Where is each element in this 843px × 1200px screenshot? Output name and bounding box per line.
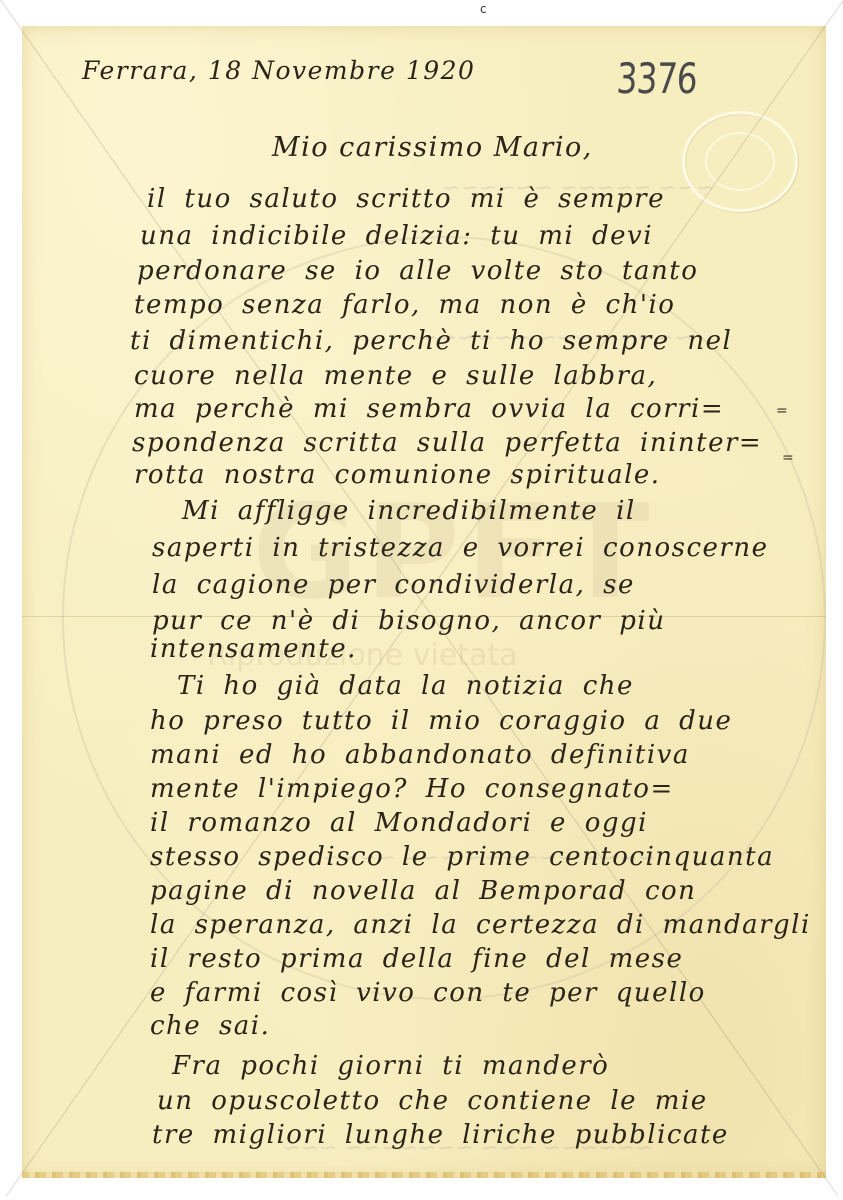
letter-line: Mi affligge incredibilmente il	[182, 496, 636, 526]
letter-line: la speranza, anzi la certezza di mandarg…	[150, 910, 811, 940]
letter-line: il tuo saluto scritto mi è sempre	[147, 184, 665, 214]
letter-line: tre migliori lunghe liriche pubblicate	[152, 1120, 729, 1150]
letter-line: Fra pochi giorni ti manderò	[172, 1051, 609, 1081]
letter-line: la cagione per condividerla, se	[152, 570, 635, 600]
letter-line: mani ed ho abbandonato definitiva	[150, 740, 690, 770]
letter-line: una indicibile delizia: tu mi devi	[140, 221, 653, 251]
letter-line: un opuscoletto che contiene le mie	[157, 1086, 708, 1116]
letter-line: rotta nostra comunione spirituale.	[134, 460, 661, 490]
archive-number: 3376	[615, 54, 698, 103]
letter-line: ti dimentichi, perchè ti ho sempre nel	[130, 326, 732, 356]
letter-line: il resto prima della fine del mese	[150, 944, 683, 974]
letter-line: mente l'impiego? Ho consegnato=	[150, 774, 674, 804]
letter-line: ma perchè mi sembra ovvia la corri=	[134, 394, 724, 424]
letter-line: il romanzo al Mondadori e oggi	[150, 808, 648, 838]
letter-line: che sai.	[150, 1011, 270, 1041]
letter-line: pagine di novella al Bemporad con	[150, 876, 696, 906]
salutation: Mio carissimo Mario,	[272, 132, 593, 163]
letter-line: e farmi così vivo con te per quello	[150, 978, 706, 1008]
letter-line: spondenza scritta sulla perfetta ininter…	[132, 428, 762, 458]
hyphen-mark: =	[776, 403, 788, 419]
top-mark: c	[480, 2, 487, 16]
hyphen-mark: =	[782, 450, 794, 466]
letter-line: intensamente.	[150, 634, 357, 664]
embossed-seal-icon	[682, 111, 798, 212]
place-date: Ferrara, 18 Novembre 1920	[82, 56, 475, 85]
letter-line: perdonare se io alle volte sto tanto	[137, 256, 698, 286]
letter-line: ho preso tutto il mio coraggio a due	[150, 706, 732, 736]
letter-line: Ti ho già data la notizia che	[177, 671, 634, 701]
